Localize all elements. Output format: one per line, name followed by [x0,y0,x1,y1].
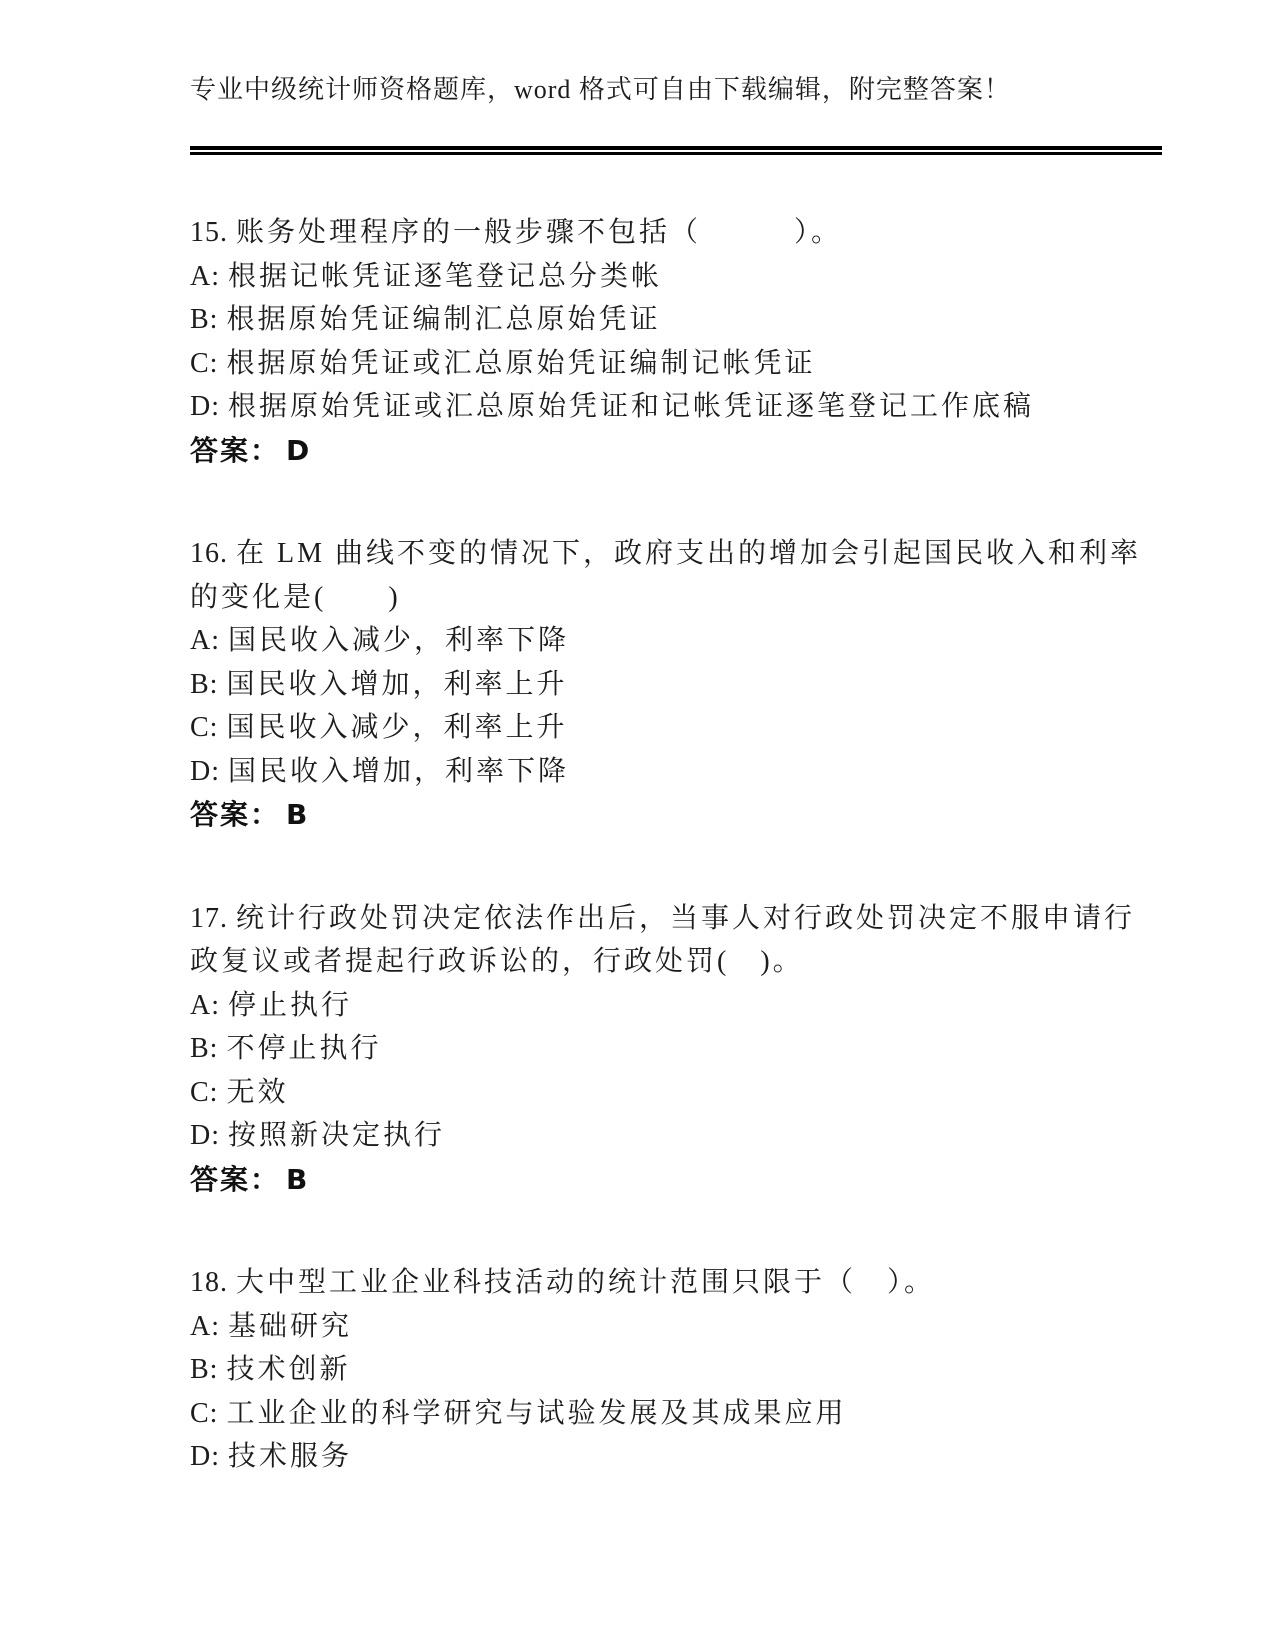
option-row: B:不停止执行 [190,1027,1162,1071]
question-stem-text: 大中型工业企业科技活动的统计范围只限于（ ）。 [236,1267,935,1298]
question-stem-line: 18.大中型工业企业科技活动的统计范围只限于（ ）。 [190,1261,1162,1305]
option-row: C:工业企业的科学研究与试验发展及其成果应用 [190,1392,1162,1436]
question-number: 18. [190,1267,228,1298]
option-row: D:技术服务 [190,1435,1162,1479]
question-block: 17.统计行政处罚决定依法作出后，当事人对行政处罚决定不服申请行政复议或者提起行… [190,897,1162,1202]
option-row: C:根据原始凭证或汇总原始凭证编制记帐凭证 [190,342,1162,386]
option-row: A:停止执行 [190,984,1162,1028]
option-text: 国民收入增加，利率下降 [228,756,569,787]
question-stem-text: 账务处理程序的一般步骤不包括（ ）。 [236,217,842,248]
option-row: D:根据原始凭证或汇总原始凭证和记帐凭证逐笔登记工作底稿 [190,385,1162,429]
option-text: 根据记帐凭证逐笔登记总分类帐 [228,261,662,292]
option-letter: B: [190,1027,218,1071]
document-page: 专业中级统计师资格题库，word 格式可自由下载编辑，附完整答案！ 15.账务处… [0,0,1275,1650]
question-block: 15.账务处理程序的一般步骤不包括（ ）。A:根据记帐凭证逐笔登记总分类帐B:根… [190,211,1162,472]
option-letter: D: [190,1435,220,1479]
option-text: 无效 [226,1077,288,1108]
answer-label: 答案： [190,798,280,831]
option-letter: C: [190,1071,218,1115]
question-number: 15. [190,217,228,248]
option-letter: A: [190,1305,220,1349]
answer-label: 答案： [190,434,280,467]
option-row: B:根据原始凭证编制汇总原始凭证 [190,298,1162,342]
option-text: 根据原始凭证编制汇总原始凭证 [226,304,660,335]
option-row: D:按照新决定执行 [190,1114,1162,1158]
option-letter: A: [190,984,220,1028]
option-row: B:技术创新 [190,1348,1162,1392]
option-text: 国民收入减少，利率下降 [228,625,569,656]
question-block: 16.在 LM 曲线不变的情况下，政府支出的增加会引起国民收入和利率的变化是( … [190,532,1162,837]
option-text: 基础研究 [228,1311,352,1342]
option-letter: C: [190,1392,218,1436]
option-text: 技术服务 [228,1441,352,1472]
option-letter: B: [190,298,218,342]
option-letter: A: [190,619,220,663]
option-row: D:国民收入增加，利率下降 [190,750,1162,794]
answer-value: D [286,434,311,467]
option-text: 国民收入增加，利率上升 [226,669,567,700]
option-letter: B: [190,663,218,707]
questions: 15.账务处理程序的一般步骤不包括（ ）。A:根据记帐凭证逐笔登记总分类帐B:根… [190,211,1162,1479]
question-stem-text: 的变化是( ) [190,582,401,613]
option-row: A:国民收入减少，利率下降 [190,619,1162,663]
option-text: 国民收入减少，利率上升 [226,712,567,743]
question-stem-line: 16.在 LM 曲线不变的情况下，政府支出的增加会引起国民收入和利率 [190,532,1162,576]
question-stem-line: 政复议或者提起行政诉讼的，行政处罚( )。 [190,940,1162,984]
option-letter: C: [190,342,218,386]
option-row: C:国民收入减少，利率上升 [190,706,1162,750]
option-text: 工业企业的科学研究与试验发展及其成果应用 [226,1398,846,1429]
question-stem-text: 统计行政处罚决定依法作出后，当事人对行政处罚决定不服申请行 [236,903,1135,934]
answer-row: 答案：B [190,793,1162,837]
header-double-rule [190,146,1162,155]
answer-row: 答案：B [190,1158,1162,1202]
answer-value: B [286,1163,309,1196]
page-content: 专业中级统计师资格题库，word 格式可自由下载编辑，附完整答案！ 15.账务处… [190,0,1162,1539]
question-stem-line: 的变化是( ) [190,576,1162,620]
option-text: 停止执行 [228,990,352,1021]
option-text: 技术创新 [226,1354,350,1385]
option-letter: C: [190,706,218,750]
question-stem-line: 17.统计行政处罚决定依法作出后，当事人对行政处罚决定不服申请行 [190,897,1162,941]
option-letter: D: [190,1114,220,1158]
question-stem-text: 政复议或者提起行政诉讼的，行政处罚( )。 [190,946,804,977]
header-banner-text: 专业中级统计师资格题库，word 格式可自由下载编辑，附完整答案！ [190,74,1162,106]
option-letter: B: [190,1348,218,1392]
question-block: 18.大中型工业企业科技活动的统计范围只限于（ ）。A:基础研究B:技术创新C:… [190,1261,1162,1479]
answer-label: 答案： [190,1163,280,1196]
question-stem-line: 15.账务处理程序的一般步骤不包括（ ）。 [190,211,1162,255]
option-row: C:无效 [190,1071,1162,1115]
option-letter: D: [190,385,220,429]
answer-row: 答案：D [190,429,1162,473]
option-letter: A: [190,255,220,299]
question-stem-text: 在 LM 曲线不变的情况下，政府支出的增加会引起国民收入和利率 [236,538,1141,569]
question-number: 16. [190,538,228,569]
option-text: 根据原始凭证或汇总原始凭证和记帐凭证逐笔登记工作底稿 [228,391,1034,422]
option-text: 根据原始凭证或汇总原始凭证编制记帐凭证 [226,348,815,379]
option-letter: D: [190,750,220,794]
option-text: 按照新决定执行 [228,1120,445,1151]
option-row: B:国民收入增加，利率上升 [190,663,1162,707]
option-row: A:基础研究 [190,1305,1162,1349]
question-number: 17. [190,903,228,934]
option-text: 不停止执行 [226,1033,381,1064]
answer-value: B [286,798,309,831]
option-row: A:根据记帐凭证逐笔登记总分类帐 [190,255,1162,299]
